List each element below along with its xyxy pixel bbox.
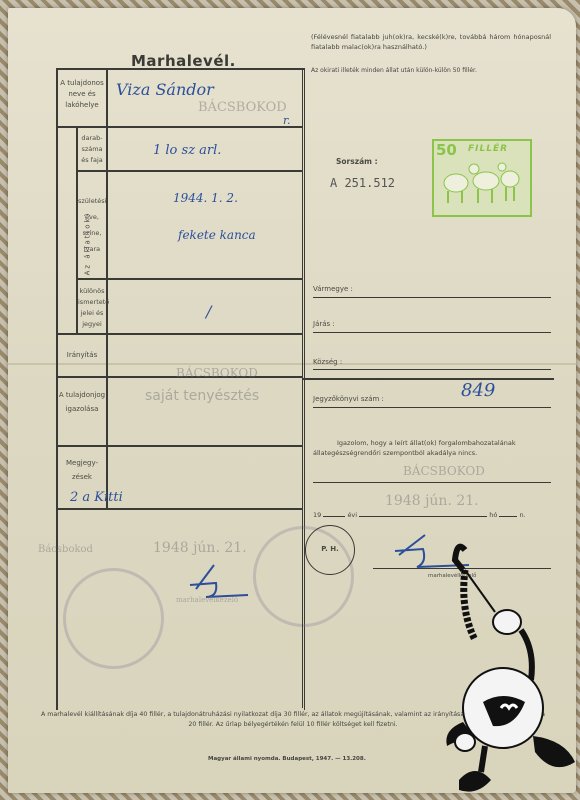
municipality-label: Község :: [313, 357, 342, 368]
fee-note: Az okirati illeték minden állat után kül…: [311, 66, 551, 76]
owner-place-stamp: BÁCSBOKOD: [198, 100, 287, 115]
marks-value: /: [206, 302, 211, 321]
serial-number: A 251.512: [330, 176, 395, 190]
county-label: Vármegye :: [313, 284, 353, 295]
printer-imprint: Magyar állami nyomda. Budapest, 1947. — …: [208, 754, 366, 764]
ownership-stamp: saját tenyésztés: [145, 388, 259, 404]
ownership-place-stamp: BÁCSBOKOD: [176, 366, 258, 380]
certification-date-stamp: 1948 jún. 21.: [385, 493, 479, 509]
postage-stamp: 50 FILLÉR: [432, 139, 532, 217]
date-year-word: évi: [347, 511, 357, 519]
sheep-illustration-icon: [434, 161, 526, 213]
bomb-mascot-icon: [435, 540, 575, 800]
date-day-word: n.: [520, 511, 526, 519]
protocol-number: 849: [461, 380, 495, 401]
district-label: Járás :: [313, 319, 335, 330]
stamp-unit: FILLÉR: [468, 144, 508, 154]
date-line: 19 évi hó n.: [313, 511, 553, 519]
count-label: darab-száma és faja: [78, 133, 106, 166]
owner-label: A tulajdonos neve és lakóhelye: [58, 78, 106, 111]
owner-suffix: r.: [283, 114, 291, 127]
usage-note: (Félévesnél fiatalabb juh(ok)ra, kecské(…: [311, 32, 551, 52]
date-month-word: hó: [489, 511, 497, 519]
birth-color-value: fekete kanca: [178, 228, 256, 242]
lower-signer-caption: marhalevélkezelő: [176, 596, 238, 604]
round-seal-stamp: [63, 568, 164, 669]
remarks-label: Megjegy-zések: [58, 456, 106, 484]
seal-placeholder: P. H.: [305, 525, 355, 575]
certification-place-stamp: BÁCSBOKOD: [403, 464, 485, 478]
right-column-divider: [302, 68, 303, 708]
date-prefix: 19: [313, 511, 321, 519]
owner-name-value: Viza Sándor: [116, 80, 214, 99]
ownership-label: A tulajdonjog igazolása: [58, 388, 106, 416]
stamp-value: 50: [436, 141, 457, 159]
protocol-label: Jegyzőkönyvi szám :: [313, 394, 384, 405]
lower-date-stamp: 1948 jún. 21.: [153, 540, 247, 556]
left-column-divider: [106, 68, 108, 508]
remarks-value: 2 a Kitti: [70, 490, 123, 505]
marks-label: különös ismertető jelei és jegyei: [78, 286, 106, 330]
birth-year-value: 1944. 1. 2.: [173, 191, 238, 205]
serial-label: Sorszám :: [336, 156, 378, 167]
animals-group-label: Az állat(ok): [83, 204, 94, 284]
routing-label: Irányítás: [58, 350, 106, 361]
certification-text: Igazolom, hogy a leírt állat(ok) forgalo…: [313, 438, 553, 458]
count-value: 1 lo sz arl.: [153, 143, 221, 158]
seal-label: P. H.: [306, 544, 354, 555]
lower-place-stamp: Bácsbokod: [38, 544, 93, 555]
